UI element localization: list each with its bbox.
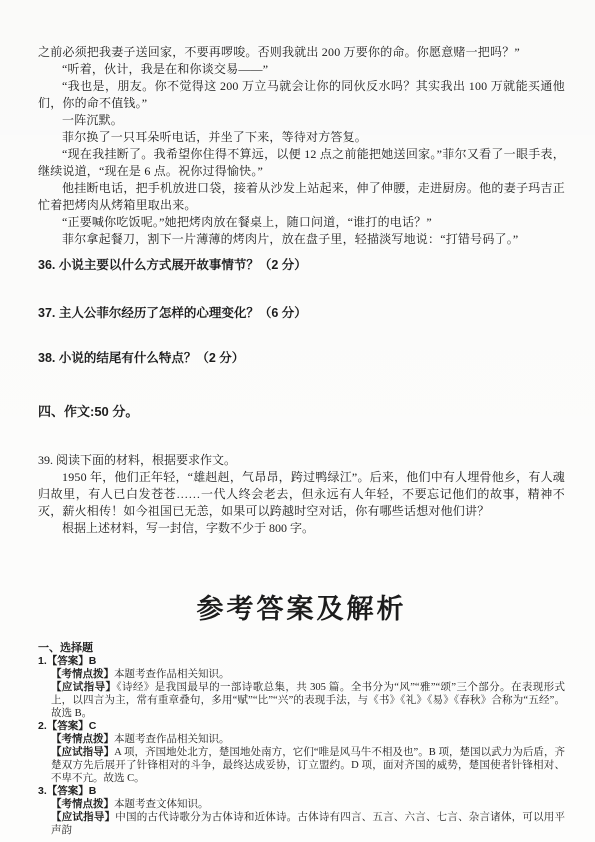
question-text: 主人公菲尔经历了怎样的心理变化？（6 分）: [59, 306, 307, 320]
exam-point-line: 【考情点拨】本题考查作品相关知识。: [38, 668, 565, 681]
answer-number: 1.: [38, 655, 47, 667]
answer-letter: C: [89, 720, 97, 732]
exam-point-label: 【考情点拨】: [51, 668, 114, 680]
story-paragraph: 之前必须把我妻子送回家，不要再啰唆。否则我就出 200 万要你的命。你愿意赌一把…: [38, 44, 565, 61]
guidance-text: 《诗经》是我国最早的一部诗歌总集，共 305 篇。全书分为“风”“雅”“颂”三个…: [51, 682, 565, 719]
guidance-line: 【应试指导】A 项，齐国地处北方，楚国地处南方，它们“唯是风马牛不相及也”。B …: [38, 746, 565, 785]
exam-point-line: 【考情点拨】本题考查文体知识。: [38, 798, 565, 811]
exam-point-line: 【考情点拨】本题考查作品相关知识。: [38, 733, 565, 746]
guidance-label: 【应试指导】: [51, 746, 114, 758]
exam-paper-page: 之前必须把我妻子送回家，不要再啰唆。否则我就出 200 万要你的命。你愿意赌一把…: [0, 0, 595, 842]
question-text: 小说的结尾有什么特点？（2 分）: [59, 351, 244, 365]
guidance-line: 【应试指导】《诗经》是我国最早的一部诗歌总集，共 305 篇。全书分为“风”“雅…: [38, 681, 565, 720]
story-paragraph: 菲尔拿起餐刀，割下一片薄薄的烤肉片，放在盘子里，轻描淡写地说：“打错号码了。”: [38, 231, 565, 248]
essay-material: 1950 年，他们正年轻，“雄赳赳，气昂昂，跨过鸭绿江”。后来，他们中有人埋骨他…: [38, 469, 565, 520]
answer-line: 1.【答案】B: [38, 655, 565, 668]
answer-line: 3.【答案】B: [38, 785, 565, 798]
question-39-stem: 39. 阅读下面的材料，根据要求作文。: [38, 452, 565, 469]
guidance-label: 【应试指导】: [51, 681, 116, 693]
section-heading-essay: 四、作文:50 分。: [38, 403, 565, 420]
answer-letter: B: [89, 785, 97, 797]
story-paragraph: “听着，伙计，我是在和你谈交易——”: [38, 61, 565, 78]
story-paragraph: 菲尔换了一只耳朵听电话，并坐了下来，等待对方答复。: [38, 129, 565, 146]
story-paragraph: 他挂断电话，把手机放进口袋，接着从沙发上站起来，伸了伸腰，走进厨房。他的妻子玛吉…: [38, 180, 565, 214]
answer-label: 【答案】: [47, 720, 89, 732]
guidance-line: 【应试指导】中国的古代诗歌分为古体诗和近体诗。古体诗有四言、五言、六言、七言、杂…: [38, 811, 565, 837]
page-content: 之前必须把我妻子送回家，不要再啰唆。否则我就出 200 万要你的命。你愿意赌一把…: [0, 0, 595, 837]
exam-point-label: 【考情点拨】: [51, 798, 114, 810]
answer-number: 2.: [38, 720, 47, 732]
exam-point-text: 本题考查作品相关知识。: [114, 669, 230, 680]
story-paragraph: “我也是，朋友。你不觉得这 200 万立马就会让你的同伙反水吗？其实我出 100…: [38, 78, 565, 112]
essay-requirement: 根据上述材料，写一封信，字数不少于 800 字。: [38, 520, 565, 537]
answer-item-3: 3.【答案】B 【考情点拨】本题考查文体知识。 【应试指导】中国的古代诗歌分为古…: [38, 785, 565, 837]
question-number: 37.: [38, 306, 55, 320]
exam-point-text: 本题考查作品相关知识。: [114, 734, 230, 745]
answer-label: 【答案】: [47, 785, 89, 797]
exam-point-text: 本题考查文体知识。: [114, 799, 209, 810]
answer-label: 【答案】: [47, 655, 89, 667]
question-number: 38.: [38, 351, 55, 365]
answer-item-1: 1.【答案】B 【考情点拨】本题考查作品相关知识。 【应试指导】《诗经》是我国最…: [38, 655, 565, 720]
exam-point-label: 【考情点拨】: [51, 733, 114, 745]
question-text: 小说主要以什么方式展开故事情节？（2 分）: [59, 258, 307, 272]
story-paragraph: “现在我挂断了。我希望你住得不算远，以便 12 点之前能把她送回家。”菲尔又看了…: [38, 146, 565, 180]
question-number: 36.: [38, 258, 55, 272]
answer-line: 2.【答案】C: [38, 720, 565, 733]
answer-number: 3.: [38, 785, 47, 797]
story-paragraph: “正要喊你吃饭呢。”她把烤肉放在餐桌上，随口问道，“谁打的电话？”: [38, 214, 565, 231]
answer-item-2: 2.【答案】C 【考情点拨】本题考查作品相关知识。 【应试指导】A 项，齐国地处…: [38, 720, 565, 785]
question-37: 37. 主人公菲尔经历了怎样的心理变化？（6 分）: [38, 305, 565, 322]
guidance-text: A 项，齐国地处北方，楚国地处南方，它们“唯是风马牛不相及也”。B 项，楚国以武…: [51, 747, 565, 784]
answer-key-subsection-title: 一、选择题: [38, 642, 565, 655]
answer-section-title: 参考答案及解析: [38, 591, 565, 627]
answer-key: 一、选择题 1.【答案】B 【考情点拨】本题考查作品相关知识。 【应试指导】《诗…: [38, 642, 565, 837]
story-paragraph: 一阵沉默。: [38, 112, 565, 129]
question-38: 38. 小说的结尾有什么特点？（2 分）: [38, 350, 565, 367]
question-36: 36. 小说主要以什么方式展开故事情节？（2 分）: [38, 257, 565, 274]
guidance-text: 中国的古代诗歌分为古体诗和近体诗。古体诗有四言、五言、六言、七言、杂言诸体，可以…: [51, 812, 565, 836]
answer-letter: B: [89, 655, 97, 667]
guidance-label: 【应试指导】: [51, 811, 115, 823]
reading-passage: 之前必须把我妻子送回家，不要再啰唆。否则我就出 200 万要你的命。你愿意赌一把…: [38, 44, 565, 248]
